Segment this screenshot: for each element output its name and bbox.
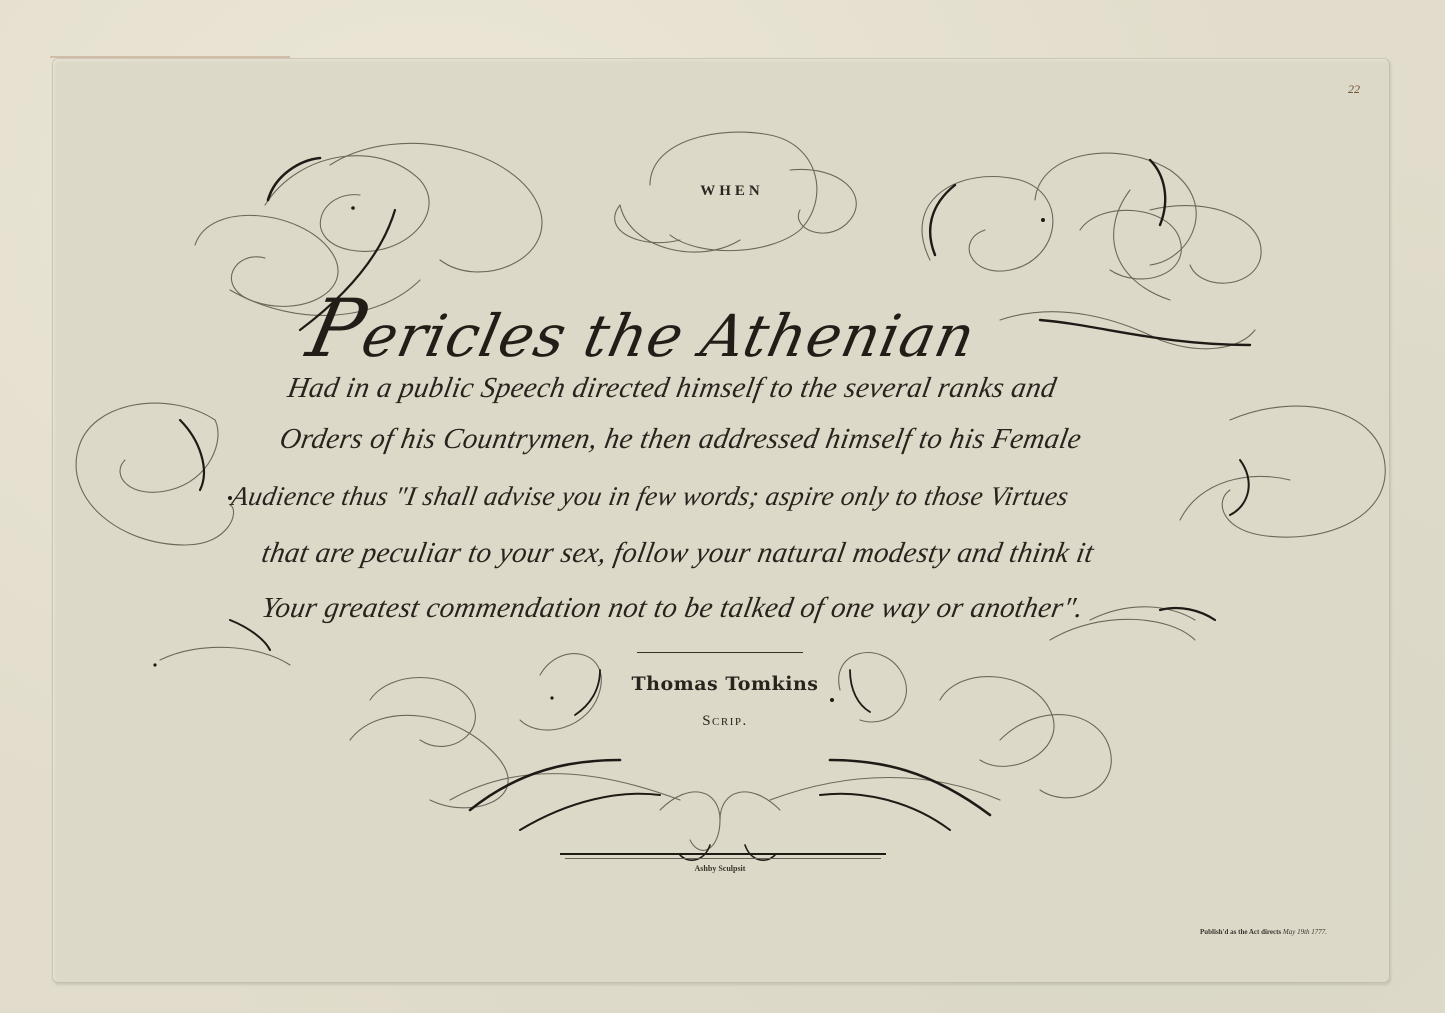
- signature-name: Thomas Tomkins: [600, 673, 850, 695]
- document-title: Pericles the Athenian: [300, 282, 1020, 375]
- signature-rule: [637, 652, 803, 653]
- body-line-4: that are peculiar to your sex, follow yo…: [259, 537, 1096, 570]
- publication-line: Publish'd as the Act directs May 19th 17…: [1200, 928, 1327, 936]
- signature-note: Scrip.: [650, 713, 800, 730]
- publication-date: May 19th 1777.: [1283, 928, 1327, 936]
- publication-text: Publish'd as the Act directs: [1200, 928, 1281, 936]
- body-line-1: Had in a public Speech directed himself …: [285, 372, 1059, 405]
- bottom-rule-thick: [560, 853, 886, 855]
- body-line-2: Orders of his Countrymen, he then addres…: [277, 423, 1084, 456]
- body-line-5: Your greatest commendation not to be tal…: [259, 592, 1086, 625]
- title-rest: ericles the Athenian: [356, 302, 982, 370]
- engraver-credit: Ashby Sculpsit: [620, 864, 820, 873]
- heading-when: WHEN: [672, 183, 792, 200]
- bottom-rule-thin: [565, 858, 881, 859]
- paper-sheet: 22: [0, 0, 1445, 1013]
- body-line-3: Audience thus "I shall advise you in few…: [229, 481, 1071, 512]
